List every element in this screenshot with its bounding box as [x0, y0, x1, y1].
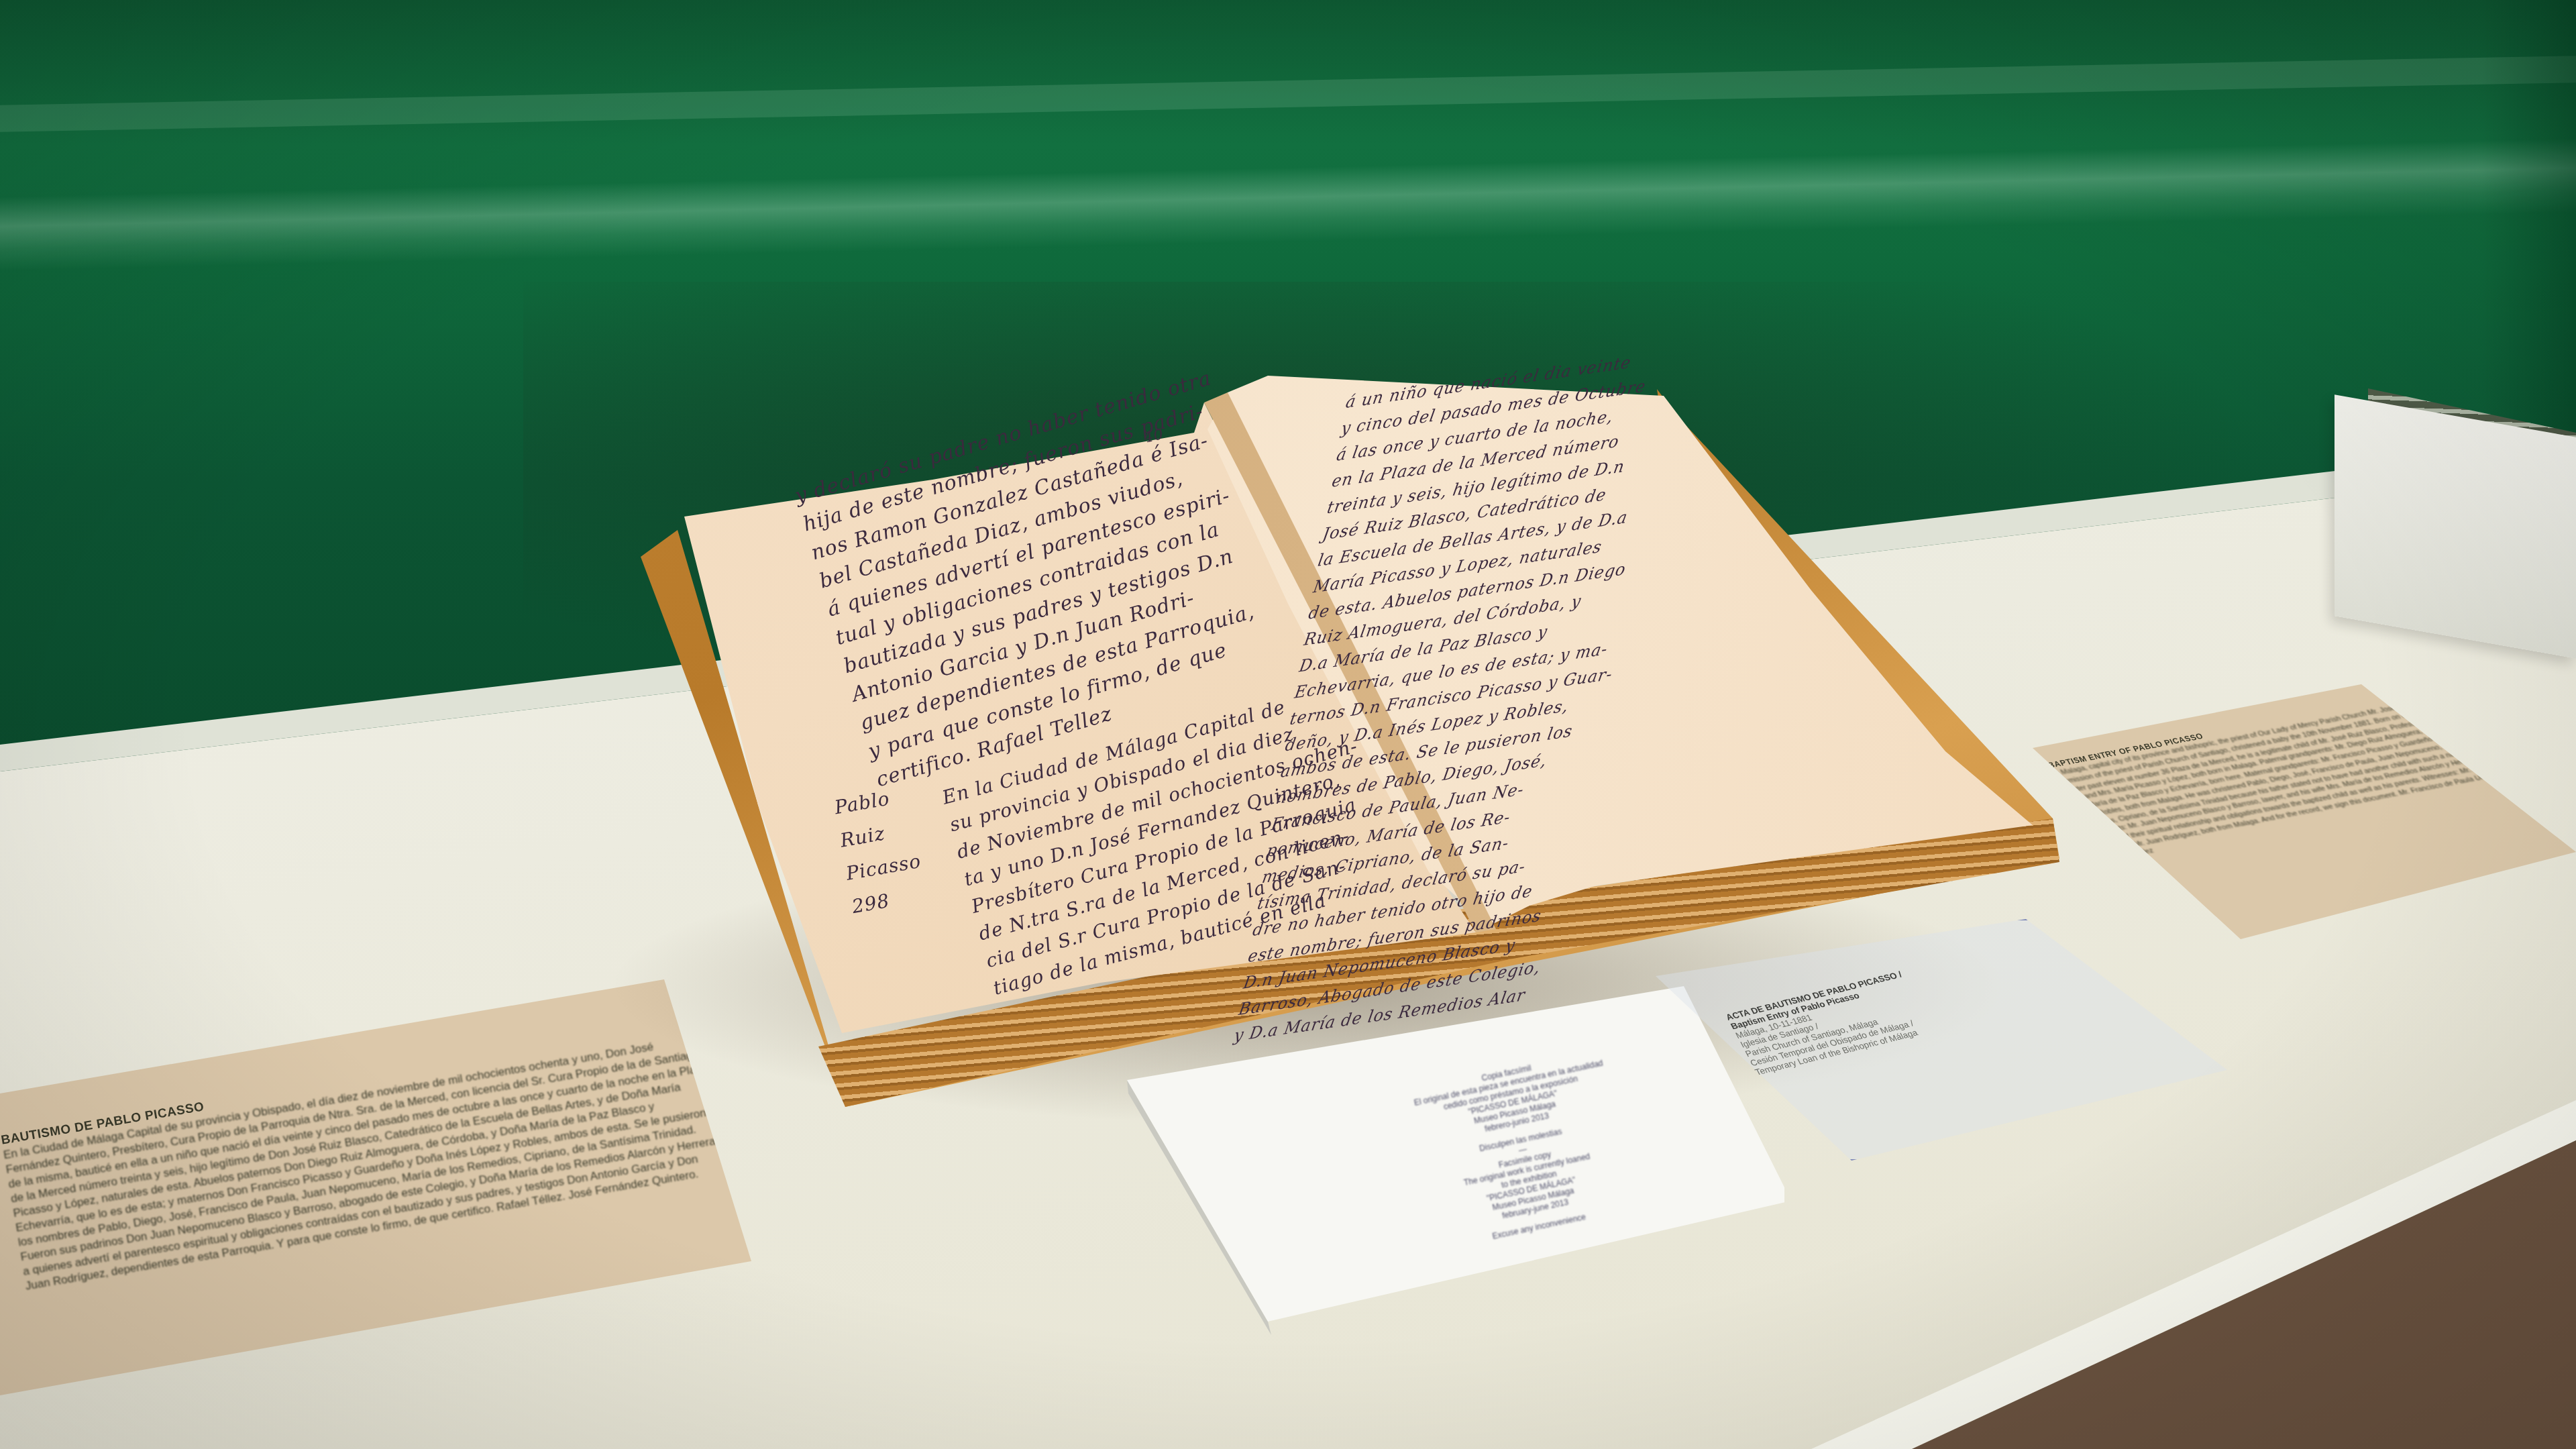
- glass-object-label: ACTA DE BAUTISMO DE PABLO PICASSO / Bapt…: [1650, 919, 2241, 1161]
- adjacent-exhibit-block: [2334, 394, 2576, 658]
